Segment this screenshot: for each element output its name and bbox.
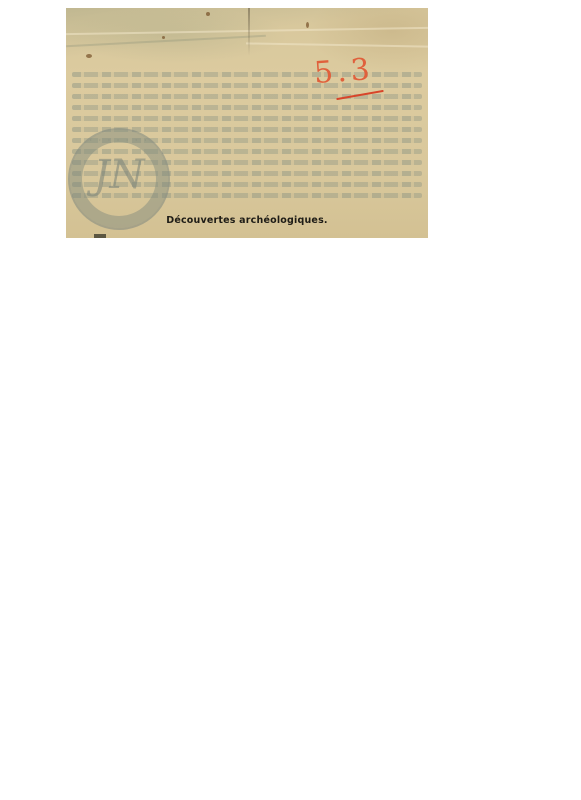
text-fragment — [94, 234, 106, 238]
stamp-ring-text: · · · · · · · — [70, 136, 168, 145]
stain-spot — [306, 22, 309, 28]
show-through-line — [72, 94, 422, 99]
crease-line — [246, 42, 428, 47]
red-pencil-annotation: 5.3 — [313, 52, 375, 91]
crease-line — [66, 27, 428, 35]
show-through-line — [72, 116, 422, 121]
stain-spot — [162, 36, 165, 39]
fold-line — [248, 8, 250, 56]
stain-spot — [86, 54, 92, 58]
section-heading: Découvertes archéologiques. — [66, 215, 428, 226]
stamp-initials: JN — [70, 152, 168, 198]
crease-line — [66, 35, 266, 47]
scanned-document: · · · · · · · JN 5.3 Découvertes archéol… — [66, 8, 428, 238]
show-through-line — [72, 105, 422, 110]
stain-spot — [206, 12, 210, 16]
